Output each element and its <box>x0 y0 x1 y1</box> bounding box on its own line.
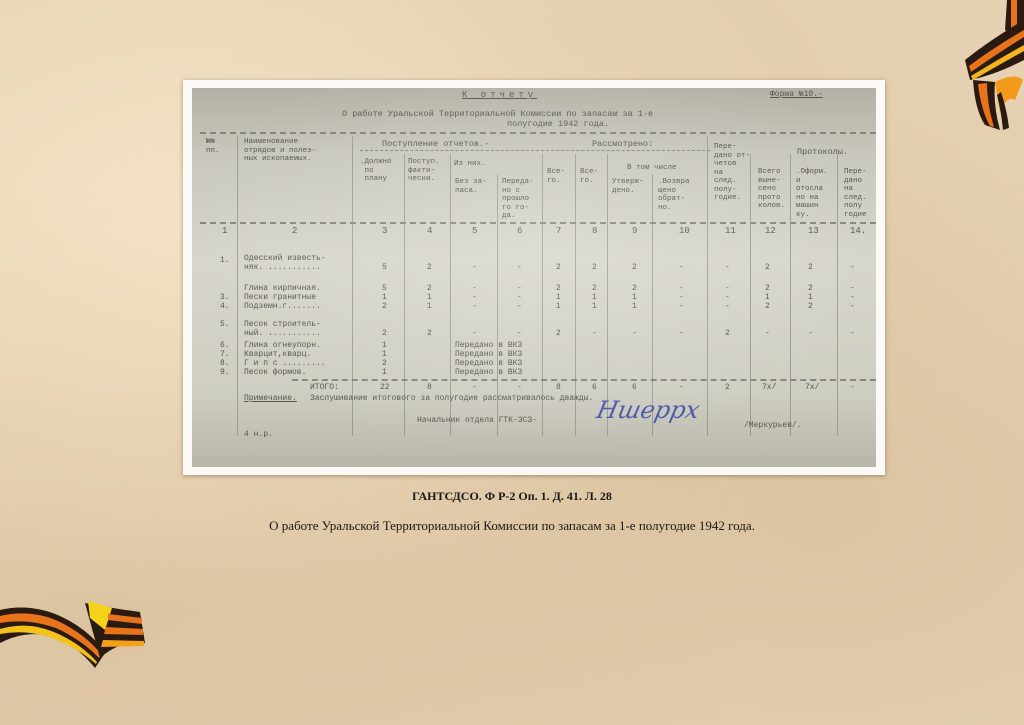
cell: 1 <box>427 293 432 302</box>
cell: - <box>517 293 522 302</box>
cell: - <box>808 329 813 338</box>
row-5-name: Песок строитель- ный. ........... <box>244 320 321 338</box>
cell: 1 <box>592 293 597 302</box>
row-1-no: 1. <box>220 256 230 265</box>
header-actual: Поступ. факти- чески. <box>408 158 440 184</box>
cell: 1 <box>765 293 770 302</box>
cell: - <box>472 263 477 272</box>
row-6-no: 6. <box>220 341 230 350</box>
cell: - <box>850 284 855 293</box>
cell: - <box>725 302 730 311</box>
col-num: 6 <box>517 227 522 236</box>
form-label: Форма №10.- <box>770 90 823 99</box>
col-num: 7 <box>556 227 561 236</box>
cell: - <box>632 329 637 338</box>
total-cell: - <box>850 383 855 392</box>
doc-subtitle-line1: О работе Уральской Территориальной Комис… <box>342 110 653 119</box>
header-protocols-group: Протоколы. <box>797 148 848 157</box>
cell: 2 <box>808 284 813 293</box>
st-george-ribbon-bottom-left-icon <box>0 598 150 673</box>
row-7-name: Кварцит,кварц. <box>244 350 311 359</box>
cell: - <box>850 329 855 338</box>
cell: 2 <box>808 302 813 311</box>
total-cell: - <box>679 383 684 392</box>
total-rule <box>292 379 876 381</box>
cell: 1 <box>556 302 561 311</box>
col-num: 5 <box>472 227 477 236</box>
cell: 5 <box>382 284 387 293</box>
row-9-name: Песок формов. <box>244 368 306 377</box>
col-num: 8 <box>592 227 597 236</box>
cell: 2 <box>765 284 770 293</box>
row-9-no: 9. <box>220 368 230 377</box>
header-no: №№ пп. <box>206 138 220 155</box>
cell: - <box>517 302 522 311</box>
cell: - <box>850 302 855 311</box>
total-cell: 2 <box>725 383 730 392</box>
cell: 2 <box>592 284 597 293</box>
row-4-no: 4. <box>220 302 230 311</box>
cell: 1 <box>382 350 387 359</box>
row-2-name: Глина кирпичная. <box>244 284 321 293</box>
cell: - <box>725 293 730 302</box>
document-photo-frame: К отчету Форма №10.- О работе Уральской … <box>183 80 885 475</box>
header-total-received: Все- го. <box>547 168 565 185</box>
cell-transferred-note: Передано в ВКЗ <box>455 350 522 359</box>
row-1-name: Одесский известь- няк. ........... <box>244 254 326 272</box>
footer-mark: 4 н.р. <box>244 430 273 439</box>
header-by-plan: .Должно по плану <box>360 158 392 184</box>
header-total-protocols: Всего выне- сено прото колов. <box>758 168 785 211</box>
cell: 2 <box>592 263 597 272</box>
col-num: 11 <box>725 227 736 236</box>
cell: 2 <box>632 284 637 293</box>
header-transferred: Переда- но с прошло го го- да. <box>502 178 534 221</box>
cell: - <box>765 329 770 338</box>
cell: - <box>679 329 684 338</box>
cell: - <box>679 302 684 311</box>
cell: 1 <box>632 302 637 311</box>
row-8-no: 8. <box>220 359 230 368</box>
total-cell: 8 <box>427 383 432 392</box>
col-num: 9 <box>632 227 637 236</box>
cell: 2 <box>556 329 561 338</box>
cell: - <box>725 284 730 293</box>
table-top-rule <box>200 132 876 134</box>
row-3-name: Пески гранитные <box>244 293 316 302</box>
total-cell: - <box>472 383 477 392</box>
cell: 2 <box>382 329 387 338</box>
col-num: 12 <box>765 227 776 236</box>
header-incl: В том числе <box>627 164 677 173</box>
archive-reference-caption: ГАНТСДСО. Ф Р-2 Оп. 1. Д. 41. Л. 28 <box>0 489 1024 504</box>
cell: 2 <box>556 263 561 272</box>
cell: 2 <box>427 329 432 338</box>
cell: - <box>592 329 597 338</box>
cell: 1 <box>382 368 387 377</box>
header-to-next: Пере- дано на след. полу годие <box>844 168 867 219</box>
col-num: 14. <box>850 227 866 236</box>
cell: 2 <box>632 263 637 272</box>
header-issued: .Оформ. и отосла но на машин ку. <box>796 168 828 219</box>
cell: 2 <box>382 359 387 368</box>
cell: - <box>517 284 522 293</box>
cell: - <box>472 302 477 311</box>
row-4-name: Подземн.г....... <box>244 302 321 311</box>
total-cell: - <box>517 383 522 392</box>
cell-transferred-note: Передано в ВКЗ <box>455 368 522 377</box>
cell: - <box>472 284 477 293</box>
signer-title: Начальник отдела ГТК-ЗСЗ- <box>417 416 537 425</box>
cell-transferred-note: Передано в ВКЗ <box>455 359 522 368</box>
cell: 2 <box>725 329 730 338</box>
total-cell: 22 <box>380 383 390 392</box>
cell: - <box>850 263 855 272</box>
cell: 1 <box>632 293 637 302</box>
row-8-name: Г и п с ......... <box>244 359 326 368</box>
st-george-ribbon-top-right-icon <box>945 0 1024 135</box>
total-cell: 6 <box>592 383 597 392</box>
header-transferred-next: Пере- дано от- четов на след. полу- годи… <box>714 143 750 203</box>
header-returned: .Возвра щено обрат- но. <box>658 178 690 212</box>
cell: - <box>472 329 477 338</box>
header-received-group: Поступление отчетов.- <box>382 140 489 149</box>
row-5-no: 5. <box>220 320 230 329</box>
col-num: 3 <box>382 227 387 236</box>
total-label: ИТОГО: <box>310 383 339 392</box>
handwritten-signature: Ншеррх <box>596 406 700 415</box>
cell: 5 <box>382 263 387 272</box>
header-of-them: Из них. <box>454 160 486 169</box>
cell: - <box>517 329 522 338</box>
col-num: 10 <box>679 227 690 236</box>
header-total-reviewed: Все- го. <box>580 168 598 185</box>
col-num: 4 <box>427 227 432 236</box>
cell: 2 <box>427 263 432 272</box>
archival-document-photo: К отчету Форма №10.- О работе Уральской … <box>192 88 876 467</box>
cell: - <box>472 293 477 302</box>
cell: 1 <box>427 302 432 311</box>
cell: 2 <box>765 302 770 311</box>
total-cell: 6 <box>632 383 637 392</box>
total-cell: 7x/ <box>805 383 819 392</box>
cell: 2 <box>427 284 432 293</box>
row-3-no: 3. <box>220 293 230 302</box>
col-num: 1 <box>222 227 227 236</box>
header-bottom-rule <box>200 222 876 224</box>
cell: - <box>679 293 684 302</box>
header-no-deposit: Без за- паса. <box>455 178 487 195</box>
cell: - <box>517 263 522 272</box>
cell: 1 <box>808 293 813 302</box>
cell: - <box>725 263 730 272</box>
cell: 2 <box>556 284 561 293</box>
cell: 2 <box>382 302 387 311</box>
cell: 1 <box>592 302 597 311</box>
doc-title: К отчету <box>462 91 537 100</box>
note-text: Заслушивание итогового за полугодие расс… <box>310 394 593 403</box>
cell: 1 <box>382 341 387 350</box>
cell: 1 <box>556 293 561 302</box>
cell: 2 <box>765 263 770 272</box>
header-name: Наименование отрядов и полез- ных ископа… <box>244 138 316 164</box>
header-reviewed-group: Рассмотрено: <box>592 140 653 149</box>
cell-transferred-note: Передано в ВКЗ <box>455 341 522 350</box>
total-cell: 7x/ <box>762 383 776 392</box>
cell: - <box>679 284 684 293</box>
header-sub-rule <box>360 150 710 151</box>
col-num: 2 <box>292 227 297 236</box>
row-6-name: Глина огнеупорн. <box>244 341 321 350</box>
col-num: 13 <box>808 227 819 236</box>
cell: - <box>850 293 855 302</box>
cell: 1 <box>382 293 387 302</box>
cell: 2 <box>808 263 813 272</box>
cell: - <box>679 263 684 272</box>
row-7-no: 7. <box>220 350 230 359</box>
total-cell: 8 <box>556 383 561 392</box>
document-description-caption: О работе Уральской Территориальной Комис… <box>0 518 1024 534</box>
doc-subtitle-line2: полугодие 1942 года. <box>507 120 609 129</box>
header-approved: Утверж- дено. <box>612 178 644 195</box>
note-label: Примечание. <box>244 394 297 403</box>
signer-name: /Меркурьев/. <box>744 421 802 430</box>
